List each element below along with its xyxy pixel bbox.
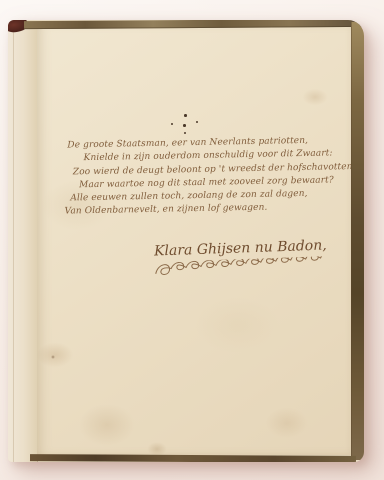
album-page: De groote Staatsman, eer van Neerlants p…: [37, 25, 353, 455]
ink-dot: [183, 124, 186, 127]
ink-dot: [196, 121, 198, 123]
ink-dot: [184, 132, 186, 134]
ink-dot: [184, 114, 187, 117]
signature-flourish-icon: [151, 256, 341, 280]
ink-dot: [171, 123, 173, 125]
album-book: De groote Staatsman, eer van Neerlants p…: [8, 20, 364, 462]
handwritten-poem: De groote Staatsman, eer van Neerlants p…: [63, 134, 330, 219]
photo-background: De groote Staatsman, eer van Neerlants p…: [0, 0, 384, 480]
book-bottom-edge: [30, 454, 356, 462]
left-page-stack: [8, 24, 38, 462]
book-fore-edge: [351, 22, 364, 460]
